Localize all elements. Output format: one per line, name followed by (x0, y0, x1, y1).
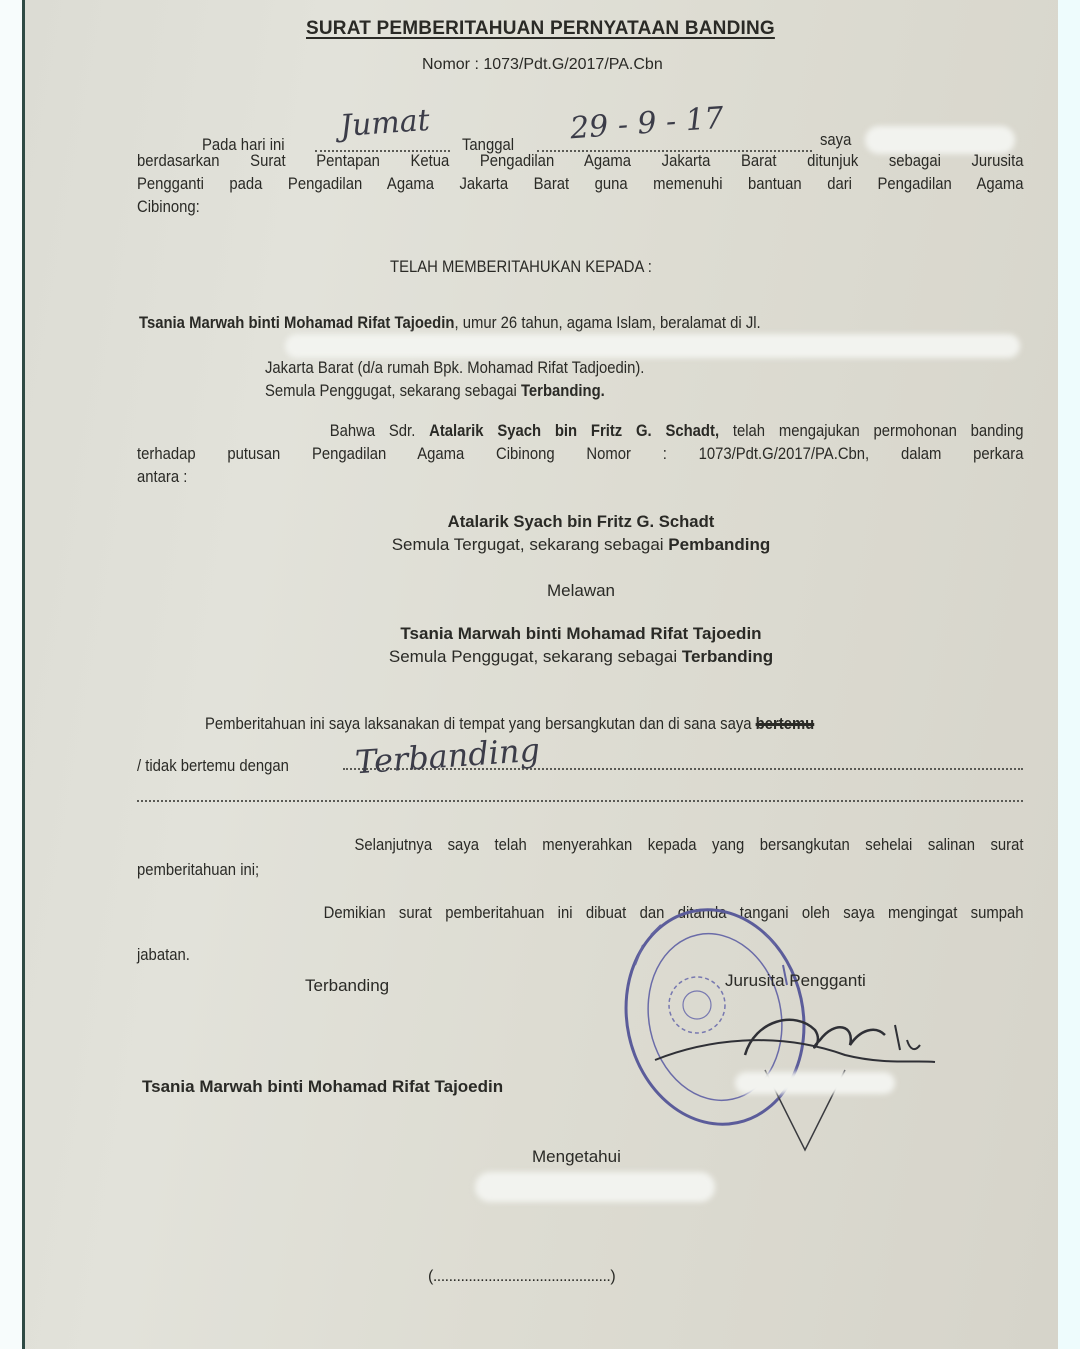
redacted-name (865, 126, 1015, 154)
party1-name: Atalarik Syach bin Fritz G. Schadt (36, 512, 1080, 532)
notice-line-2-label: / tidak bertemu dengan (137, 757, 289, 776)
copy-line-1: Selanjutnya saya telah menyerahkan kepad… (137, 836, 1024, 855)
parties-block: Atalarik Syach bin Fritz G. Schadt Semul… (25, 512, 1080, 667)
recipient-status: Semula Penggugat, sekarang sebagai Terba… (265, 382, 605, 401)
saya-label: saya (820, 131, 851, 150)
handwritten-day: Jumat (339, 103, 431, 144)
struck-word: bertemu (756, 715, 815, 733)
party1-status-prefix: Semula Tergugat, sekarang sebagai (392, 535, 669, 554)
opening-line-3: Pengganti pada Pengadilan Agama Jakarta … (137, 175, 1024, 194)
recipient-address: Jakarta Barat (d/a rumah Bpk. Mohamad Ri… (265, 359, 644, 378)
redacted-address (285, 334, 1020, 358)
opening-line-4: Cibinong: (137, 198, 200, 217)
redacted-jurusita-name (735, 1072, 895, 1094)
recipient-name: Tsania Marwah binti Mohamad Rifat Tajoed… (139, 314, 454, 332)
party1-status: Semula Tergugat, sekarang sebagai Pemban… (25, 535, 1080, 555)
closing-line-1: Demikian surat pemberitahuan ini dibuat … (137, 904, 1024, 923)
party2-role: Terbanding (682, 647, 773, 666)
appeal-line-3: antara : (137, 468, 187, 487)
party2-status-prefix: Semula Penggugat, sekarang sebagai (389, 647, 682, 666)
document-title: SURAT PEMBERITAHUAN PERNYATAAN BANDING (306, 18, 775, 40)
versus-label: Melawan (25, 581, 1080, 601)
closing-line-2: jabatan. (137, 946, 190, 965)
opening-line-2: berdasarkan Surat Pentapan Ketua Pengadi… (137, 152, 1024, 171)
handwritten-met-with: Terbanding (354, 731, 541, 782)
signature-left-title: Terbanding (305, 976, 389, 996)
appeal-line-2: terhadap putusan Pengadilan Agama Cibino… (137, 445, 1024, 464)
document-number: Nomor : 1073/Pdt.G/2017/PA.Cbn (422, 56, 663, 74)
party2-name: Tsania Marwah binti Mohamad Rifat Tajoed… (25, 624, 1080, 644)
dotted-line (137, 800, 1023, 802)
acknowledge-signature-blank: (.......................................… (428, 1268, 615, 1286)
status-prefix: Semula Penggugat, sekarang sebagai (265, 382, 521, 400)
signature-right-title: Jurusita Pengganti (725, 971, 866, 991)
signature-left-name: Tsania Marwah binti Mohamad Rifat Tajoed… (142, 1077, 503, 1097)
notice-line-1: Pemberitahuan ini saya laksanakan di tem… (205, 715, 814, 734)
recipient-details: , umur 26 tahun, agama Islam, beralamat … (454, 314, 760, 332)
notice-text: Pemberitahuan ini saya laksanakan di tem… (205, 715, 756, 733)
heading-kepada: TELAH MEMBERITAHUKAN KEPADA : (390, 258, 652, 277)
party1-role: Pembanding (668, 535, 770, 554)
copy-line-2: pemberitahuan ini; (137, 861, 259, 880)
appeal-line-1: Bahwa Sdr. Atalarik Syach bin Fritz G. S… (137, 422, 1024, 441)
copy-text: Selanjutnya saya telah menyerahkan kepad… (354, 836, 1023, 854)
party2-status: Semula Penggugat, sekarang sebagai Terba… (25, 647, 1080, 667)
recipient-line: Tsania Marwah binti Mohamad Rifat Tajoed… (139, 314, 761, 333)
status-role: Terbanding. (521, 382, 605, 400)
document-page: SURAT PEMBERITAHUAN PERNYATAAN BANDING N… (22, 0, 1058, 1349)
acknowledge-title: Mengetahui (532, 1147, 621, 1167)
handwritten-date: 29 - 9 - 17 (569, 101, 725, 147)
photo-border-right (1058, 0, 1080, 1349)
appeal-prefix: Bahwa Sdr. (330, 422, 429, 440)
appellant-name: Atalarik Syach bin Fritz G. Schadt, (429, 422, 719, 440)
redacted-acknowledger (475, 1172, 715, 1202)
appeal-suffix: telah mengajukan permohonan banding (719, 422, 1023, 440)
photo-border-left (0, 0, 22, 1349)
